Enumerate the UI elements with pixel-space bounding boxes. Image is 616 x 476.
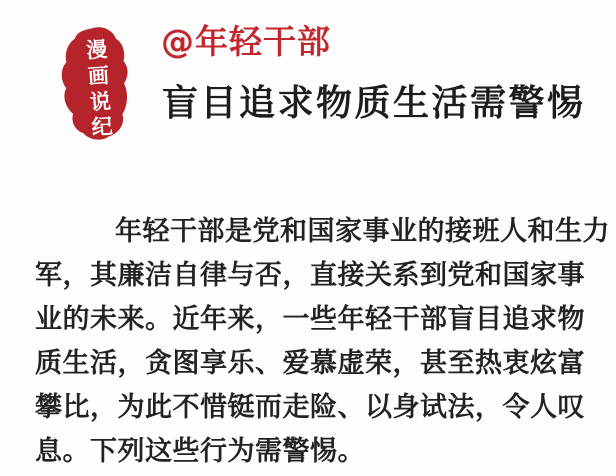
body-line: 攀比，为此不惜铤而走险、以身试法，令人叹 — [35, 386, 587, 430]
body-paragraph: 年轻干部是党和国家事业的接班人和生力 军，其廉洁自律与否，直接关系到党和国家事 … — [35, 210, 587, 474]
page-title: 盲目追求物质生活需警惕 — [162, 83, 586, 124]
body-line: 军，其廉洁自律与否，直接关系到党和国家事 — [35, 254, 587, 298]
seal-char-4: 纪 — [91, 114, 114, 139]
seal-stamp-icon: 漫 画 说 纪 — [58, 24, 140, 142]
article-page: 漫 画 说 纪 @年轻干部 盲目追求物质生活需警惕 年轻干部是党和国家事业的接班… — [0, 0, 616, 476]
body-line: 息。下列这些行为需警惕。 — [35, 430, 587, 474]
seal-char-3: 说 — [89, 89, 112, 114]
seal-char-2: 画 — [87, 63, 110, 88]
body-line: 年轻干部是党和国家事业的接班人和生力 — [35, 210, 587, 254]
body-line: 业的未来。近年来，一些年轻干部盲目追求物 — [35, 298, 587, 342]
seal-char-1: 漫 — [85, 37, 108, 62]
manhua-shuoji-seal-icon: 漫 画 说 纪 — [58, 24, 140, 142]
body-line: 质生活，贪图享乐、爱慕虚荣，甚至热衷炫富 — [35, 342, 587, 386]
account-handle[interactable]: @年轻干部 — [161, 24, 331, 60]
